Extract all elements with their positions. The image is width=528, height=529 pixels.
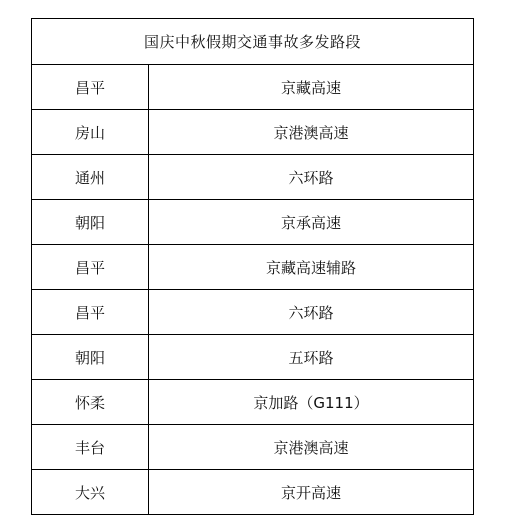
accident-road-table: 国庆中秋假期交通事故多发路段 昌平 京藏高速 房山 京港澳高速 通州 六环路 朝… [31,18,474,515]
district-cell: 通州 [32,155,149,200]
road-cell: 六环路 [149,155,474,200]
district-cell: 朝阳 [32,335,149,380]
road-cell: 六环路 [149,290,474,335]
district-cell: 丰台 [32,425,149,470]
road-cell: 京港澳高速 [149,110,474,155]
district-cell: 昌平 [32,245,149,290]
road-cell: 京藏高速 [149,65,474,110]
table-row: 朝阳 五环路 [32,335,474,380]
district-cell: 昌平 [32,290,149,335]
table-title: 国庆中秋假期交通事故多发路段 [32,19,474,65]
table-row: 丰台 京港澳高速 [32,425,474,470]
district-cell: 怀柔 [32,380,149,425]
district-cell: 大兴 [32,470,149,515]
table-row: 房山 京港澳高速 [32,110,474,155]
road-cell: 京开高速 [149,470,474,515]
road-cell: 京港澳高速 [149,425,474,470]
road-cell: 京加路（G111） [149,380,474,425]
table-row: 朝阳 京承高速 [32,200,474,245]
road-cell: 五环路 [149,335,474,380]
table-row: 大兴 京开高速 [32,470,474,515]
table-row: 怀柔 京加路（G111） [32,380,474,425]
road-cell: 京承高速 [149,200,474,245]
table-row: 昌平 京藏高速辅路 [32,245,474,290]
table-row: 昌平 六环路 [32,290,474,335]
district-cell: 朝阳 [32,200,149,245]
table-row: 昌平 京藏高速 [32,65,474,110]
table-row: 通州 六环路 [32,155,474,200]
district-cell: 昌平 [32,65,149,110]
district-cell: 房山 [32,110,149,155]
road-cell: 京藏高速辅路 [149,245,474,290]
